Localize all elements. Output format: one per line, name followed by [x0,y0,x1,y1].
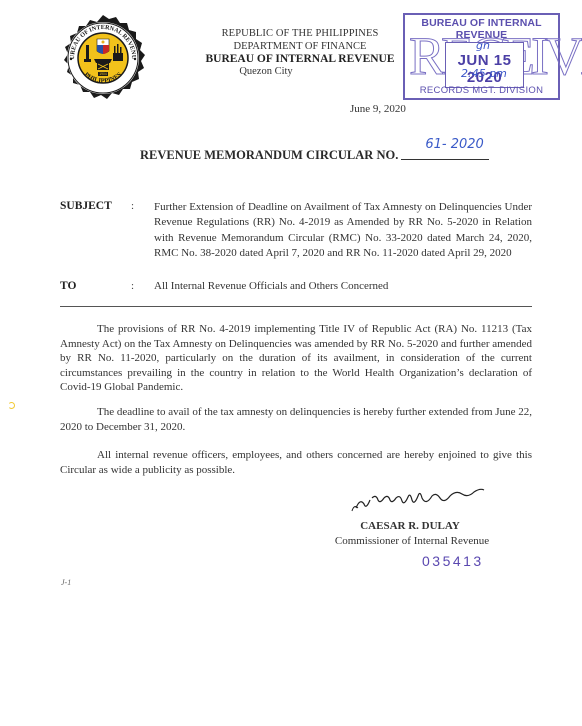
stamp-initials: gn [476,39,490,52]
to-label: TO [60,280,76,292]
to-text: All Internal Revenue Officials and Other… [154,280,388,292]
paragraph-publicity: All internal revenue officers, employees… [60,448,532,477]
signatory-title: Commissioner of Internal Revenue [322,535,502,547]
signatory-name: CAESAR R. DULAY [340,520,480,532]
to-colon: : [131,280,134,292]
city-line: Quezon City [166,66,366,77]
bir-seal-logo: BUREAU OF INTERNAL REVENUE PHILIPPINES 1… [57,13,149,105]
subject-colon: : [131,200,134,212]
paragraph-provisions: The provisions of RR No. 4-2019 implemen… [60,322,532,395]
subject-text: Further Extension of Deadline on Availme… [154,200,532,261]
title-text: REVENUE MEMORANDUM CIRCULAR NO. [140,148,398,162]
signature-scribble-icon [350,484,490,514]
department-line: DEPARTMENT OF FINANCE [200,40,400,53]
stamp-date-box: gn JUN 15 2020 2:45 pm [445,42,524,88]
bureau-line: BUREAU OF INTERNAL REVENUE [200,53,400,66]
footer-initials: J-1 [61,578,71,587]
svg-text:1904: 1904 [99,72,107,76]
circular-number-line: 61- 2020 [401,147,489,160]
stamp-bottom-text: RECORDS MGT. DIVISION [405,85,558,96]
paragraph-deadline: The deadline to avail of the tax amnesty… [60,405,532,434]
highlighter-mark [8,402,15,409]
bir-seal-icon: BUREAU OF INTERNAL REVENUE PHILIPPINES 1… [57,13,149,105]
signature [350,484,490,514]
received-stamp: BUREAU OF INTERNAL REVENUE RECEIVED gn J… [403,13,560,100]
stamp-time: 2:45 pm [461,67,507,80]
divider [60,306,532,307]
circular-number: 61- 2020 [425,137,483,152]
serial-number: 035413 [422,553,484,569]
letterhead: REPUBLIC OF THE PHILIPPINES DEPARTMENT O… [200,27,400,77]
document-title: REVENUE MEMORANDUM CIRCULAR NO.61- 2020 [140,147,489,163]
republic-line: REPUBLIC OF THE PHILIPPINES [200,27,400,40]
document-date: June 9, 2020 [350,103,406,115]
subject-label: SUBJECT [60,200,112,212]
